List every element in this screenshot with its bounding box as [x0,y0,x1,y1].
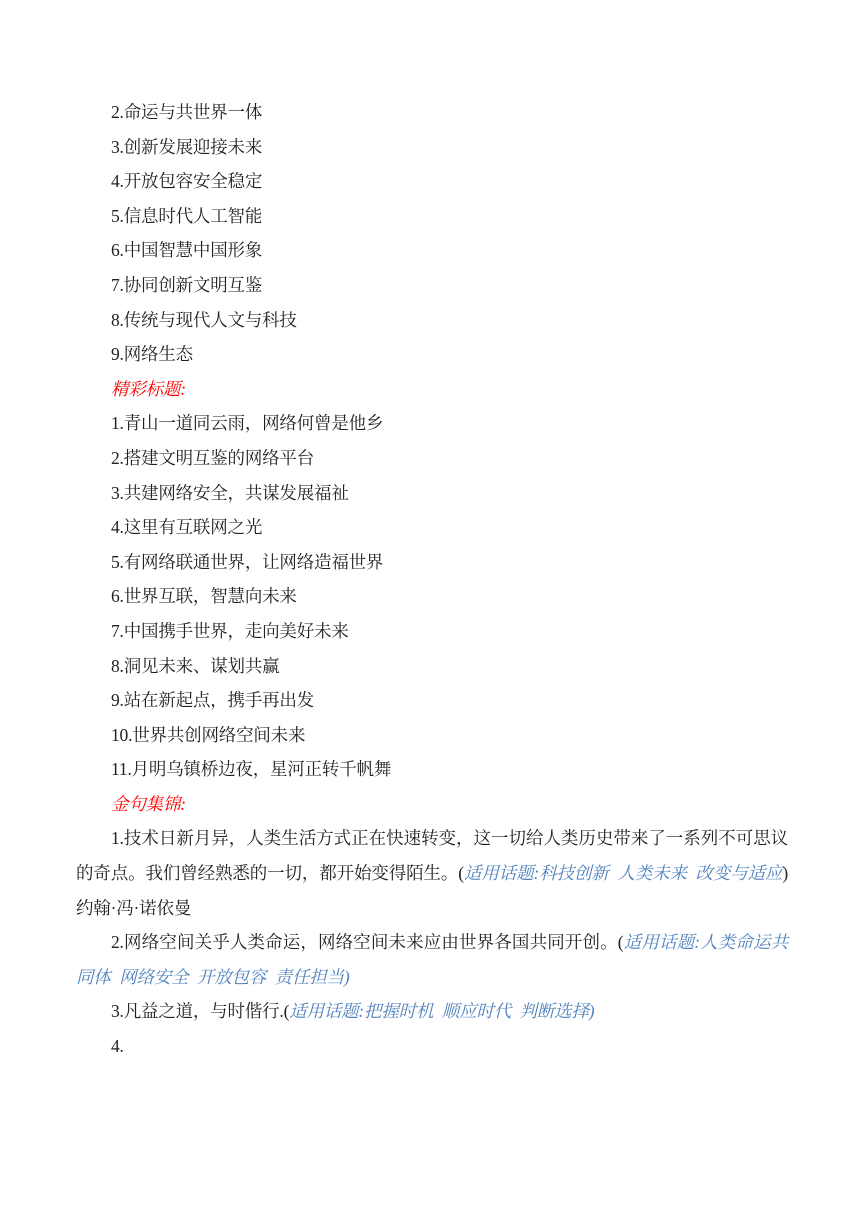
outline-item: 3.创新发展迎接未来 [76,130,788,165]
quote-text: 1.技术日新月异，人类生活方式正在快速转变，这一切给人类历史带来了一系列不可思议 [111,828,788,848]
quote-text: 4. [111,1036,124,1056]
section-heading-quotes: 金句集锦: [76,787,788,822]
topic-annotation: 适用话题:人类命运共 [623,932,788,952]
title-item: 4.这里有互联网之光 [76,510,788,545]
quote-paragraph-line: 的奇点。我们曾经熟悉的一切，都开始变得陌生。(适用话题:科技创新 人类未来 改变… [76,856,788,891]
quote-text: 的奇点。我们曾经熟悉的一切，都开始变得陌生。( [76,863,464,883]
title-item: 5.有网络联通世界，让网络造福世界 [76,545,788,580]
section-heading-titles: 精彩标题: [76,372,788,407]
title-item: 8.洞见未来、谋划共赢 [76,649,788,684]
title-item: 3.共建网络安全，共谋发展福祉 [76,476,788,511]
outline-item: 2.命运与共世界一体 [76,95,788,130]
quote-paragraph-line: 4. [76,1029,788,1064]
outline-item: 6.中国智慧中国形象 [76,233,788,268]
title-item: 11.月明乌镇桥边夜，星河正转千帆舞 [76,752,788,787]
quote-text: 2.网络空间关乎人类命运，网络空间未来应由世界各国共同开创。( [111,932,623,952]
title-item: 6.世界互联，智慧向未来 [76,579,788,614]
outline-item: 5.信息时代人工智能 [76,199,788,234]
title-item: 1.青山一道同云雨，网络何曾是他乡 [76,406,788,441]
outline-item: 7.协同创新文明互鉴 [76,268,788,303]
title-item: 9.站在新起点，携手再出发 [76,683,788,718]
outline-item: 4.开放包容安全稳定 [76,164,788,199]
quote-paragraph-line: 同体 网络安全 开放包容 责任担当) [76,960,788,995]
topic-annotation: 适用话题:科技创新 人类未来 改变与适应 [464,863,782,883]
topic-annotation: 适用话题:把握时机 顺应时代 判断选择) [289,1001,594,1021]
title-item: 7.中国携手世界，走向美好未来 [76,614,788,649]
title-item: 10.世界共创网络空间未来 [76,718,788,753]
outline-item: 9.网络生态 [76,337,788,372]
quote-text: 约翰·冯·诺依曼 [76,898,191,918]
quote-paragraph-line: 2.网络空间关乎人类命运，网络空间未来应由世界各国共同开创。(适用话题:人类命运… [76,925,788,960]
document-page: 2.命运与共世界一体 3.创新发展迎接未来 4.开放包容安全稳定 5.信息时代人… [0,0,860,1216]
outline-item: 8.传统与现代人文与科技 [76,303,788,338]
quote-text: 3.凡益之道，与时偕行.( [111,1001,289,1021]
quote-paragraph-line: 3.凡益之道，与时偕行.(适用话题:把握时机 顺应时代 判断选择) [76,994,788,1029]
topic-annotation: 同体 网络安全 开放包容 责任担当) [76,967,349,987]
title-item: 2.搭建文明互鉴的网络平台 [76,441,788,476]
quote-paragraph-line: 1.技术日新月异，人类生活方式正在快速转变，这一切给人类历史带来了一系列不可思议 [76,821,788,856]
quote-text: ) [782,863,788,883]
quote-attribution: 约翰·冯·诺依曼 [76,891,788,926]
